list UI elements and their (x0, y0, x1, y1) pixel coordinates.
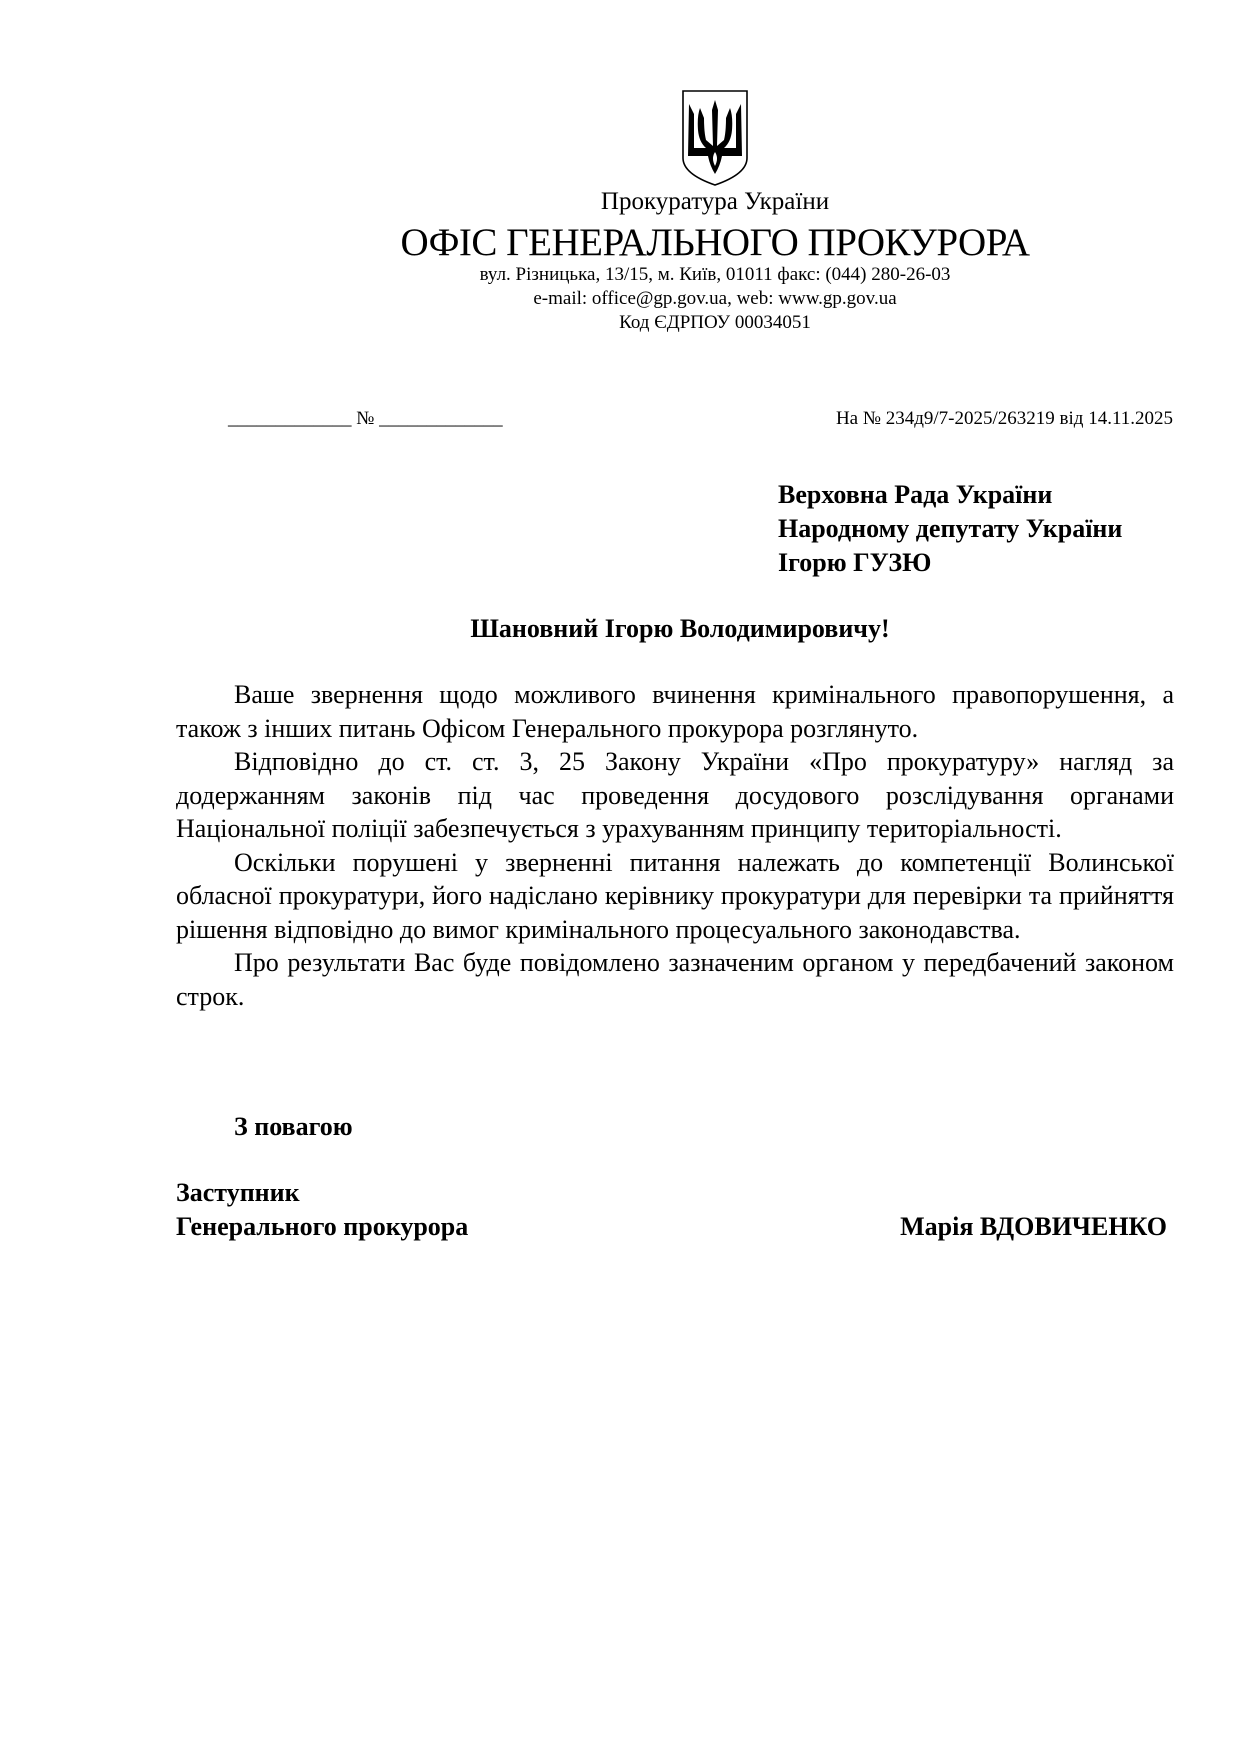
org-title: ОФІС ГЕНЕРАЛЬНОГО ПРОКУРОРА (0, 220, 1241, 265)
recipient-line-3: Ігорю ГУЗЮ (778, 548, 931, 578)
code-line: Код ЄДРПОУ 00034051 (0, 312, 1241, 334)
salutation: Шановний Ігорю Володимировичу! (0, 614, 1240, 644)
org-subtitle: Прокуратура України (0, 188, 1241, 216)
body-paragraph: Ваше звернення щодо можливого вчинення к… (176, 678, 1174, 745)
closing: З повагою (234, 1112, 353, 1142)
contact-line: e-mail: office@gp.gov.ua, web: www.gp.go… (0, 288, 1241, 310)
signatory-title-line-1: Заступник (176, 1178, 300, 1208)
outgoing-registration: _____________ № _____________ (228, 408, 503, 430)
body-paragraph: Оскільки порушені у зверненні питання на… (176, 846, 1174, 947)
reply-reference: На № 234д9/7-2025/263219 від 14.11.2025 (836, 408, 1173, 430)
recipient-line-1: Верховна Рада України (778, 480, 1052, 510)
address-line: вул. Різницька, 13/15, м. Київ, 01011 фа… (0, 264, 1241, 286)
body-paragraph: Про результати Вас буде повідомлено зазн… (176, 946, 1174, 1013)
coat-of-arms-icon (680, 88, 750, 188)
signatory-title-line-2: Генерального прокурора (176, 1212, 468, 1242)
letter-body: Ваше звернення щодо можливого вчинення к… (176, 678, 1174, 1013)
recipient-line-2: Народному депутату України (778, 514, 1122, 544)
body-paragraph: Відповідно до ст. ст. 3, 25 Закону Украї… (176, 745, 1174, 846)
signatory-name: Марія ВДОВИЧЕНКО (900, 1212, 1167, 1242)
